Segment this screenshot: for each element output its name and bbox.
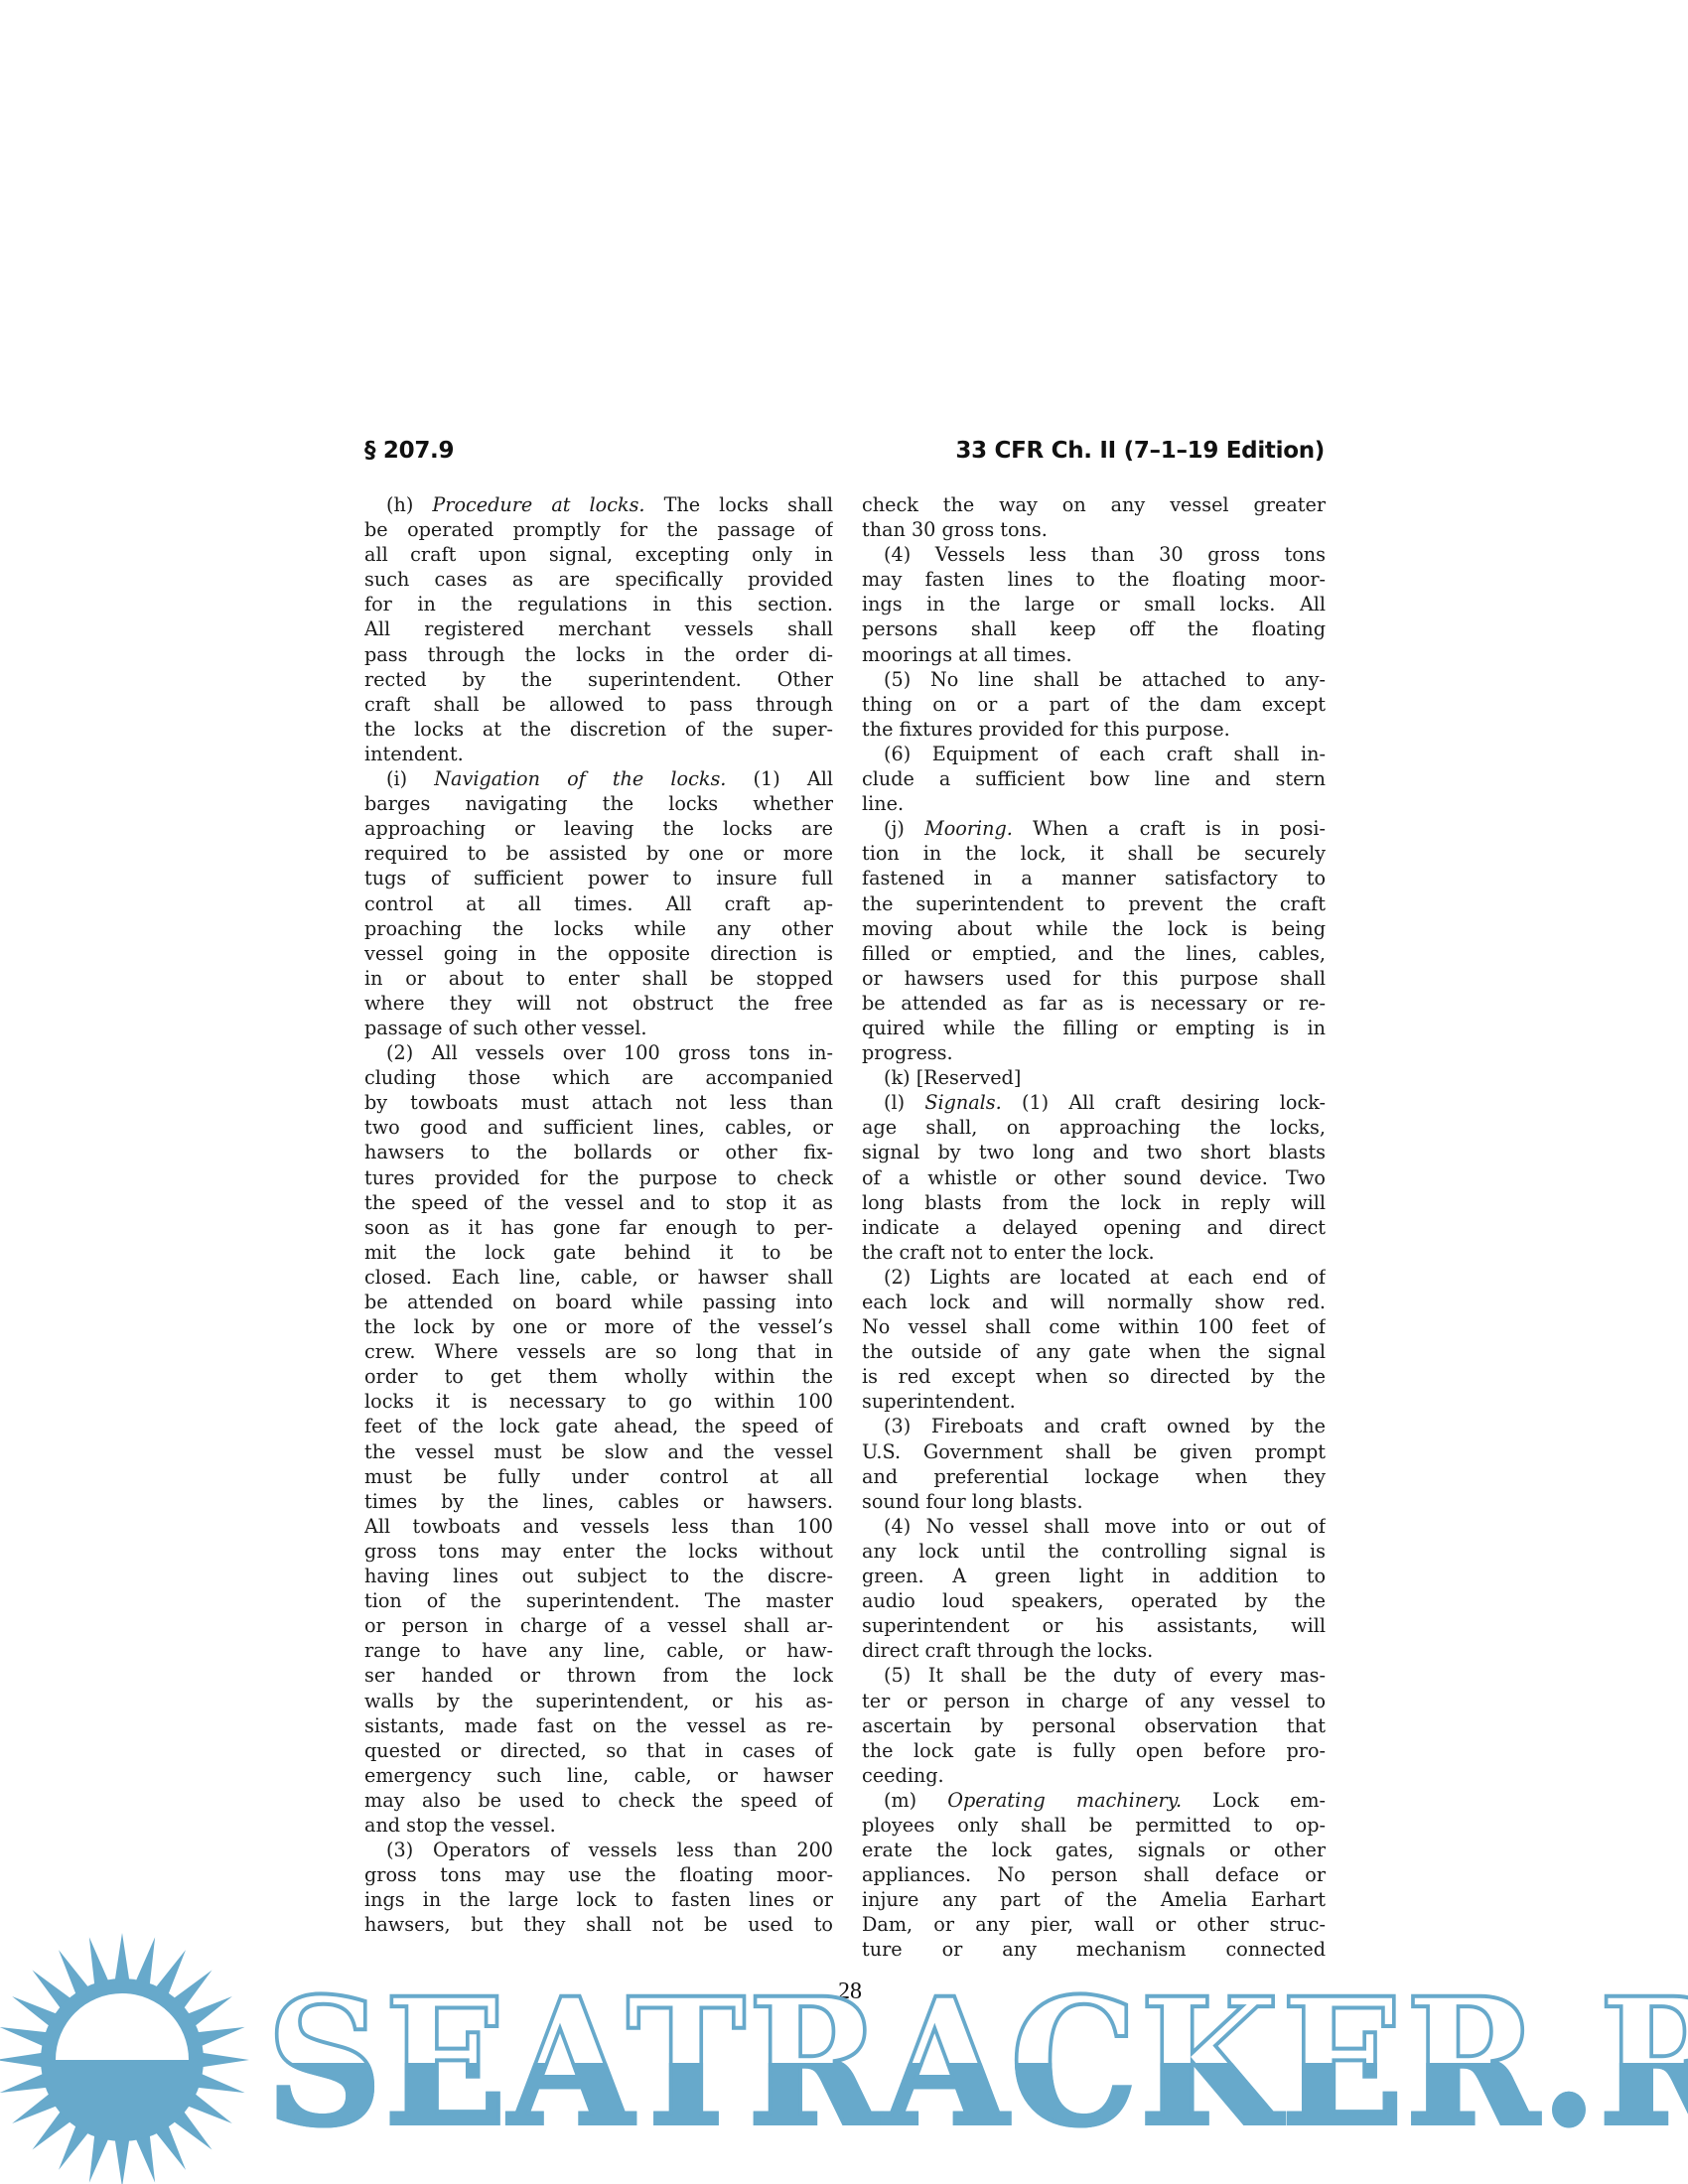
text-run: moorings at all times. xyxy=(862,643,1072,666)
text-line: ceeding. xyxy=(862,1763,1326,1788)
text-line: quested or directed, so that in cases of xyxy=(364,1738,833,1763)
text-line: signal by two long and two short blasts xyxy=(862,1140,1326,1164)
text-run: (h) xyxy=(386,493,432,516)
text-line: the superintendent to prevent the craft xyxy=(862,891,1326,916)
text-run: ascertain by personal observation that xyxy=(862,1714,1326,1737)
text-run: emergency such line, cable, or hawser xyxy=(364,1764,833,1787)
text-line: locks it is necessary to go within 100 xyxy=(364,1389,833,1414)
text-run: the vessel must be slow and the vessel xyxy=(364,1440,833,1463)
text-run: (1) All craft desiring lock- xyxy=(1002,1091,1326,1114)
text-line: times by the lines, cables or hawsers. xyxy=(364,1489,833,1514)
text-line: proaching the locks while any other xyxy=(364,916,833,941)
text-run: or hawsers used for this purpose shall xyxy=(862,967,1326,990)
text-line: quired while the filling or empting is i… xyxy=(862,1016,1326,1040)
text-line: moorings at all times. xyxy=(862,642,1326,667)
paragraph-heading: Operating machinery. xyxy=(947,1789,1182,1812)
text-line: ascertain by personal observation that xyxy=(862,1713,1326,1738)
text-line: All registered merchant vessels shall xyxy=(364,616,833,641)
text-run: quired while the filling or empting is i… xyxy=(862,1017,1326,1039)
text-run: tures provided for the purpose to check xyxy=(364,1166,833,1189)
text-line: fastened in a manner satisfactory to xyxy=(862,866,1326,890)
text-line: erate the lock gates, signals or other xyxy=(862,1838,1326,1862)
text-line: pass through the locks in the order di- xyxy=(364,642,833,667)
text-line: gross tons may enter the locks without xyxy=(364,1539,833,1564)
text-run: where they will not obstruct the free xyxy=(364,992,833,1015)
text-run: line. xyxy=(862,792,904,815)
text-run: having lines out subject to the discre- xyxy=(364,1565,833,1587)
text-run: long blasts from the lock in reply will xyxy=(862,1191,1326,1214)
paragraph-heading: Signals. xyxy=(924,1091,1001,1114)
text-line: progress. xyxy=(862,1040,1326,1065)
text-run: of a whistle or other sound device. Two xyxy=(862,1166,1326,1189)
text-run: mit the lock gate behind it to be xyxy=(364,1241,833,1264)
text-run: progress. xyxy=(862,1041,953,1064)
text-line: moving about while the lock is being xyxy=(862,916,1326,941)
text-run: (1) All xyxy=(726,767,833,790)
text-line: passage of such other vessel. xyxy=(364,1016,833,1040)
watermark-text: SEATRACKER.RU xyxy=(266,1988,1688,2137)
text-run: moving about while the lock is being xyxy=(862,917,1326,940)
text-line: the outside of any gate when the signal xyxy=(862,1339,1326,1364)
text-line: may fasten lines to the floating moor- xyxy=(862,567,1326,592)
text-line: appliances. No person shall deface or xyxy=(862,1862,1326,1887)
text-line: injure any part of the Amelia Earhart xyxy=(862,1887,1326,1912)
text-line: tugs of sufficient power to insure full xyxy=(364,866,833,890)
text-run: for in the regulations in this section. xyxy=(364,593,833,615)
text-run: soon as it has gone far enough to per- xyxy=(364,1216,833,1239)
text-line: closed. Each line, cable, or hawser shal… xyxy=(364,1265,833,1290)
text-line: green. A green light in addition to xyxy=(862,1564,1326,1588)
text-run: must be fully under control at all xyxy=(364,1465,833,1488)
text-run: two good and sufficient lines, cables, o… xyxy=(364,1116,833,1139)
text-line: craft shall be allowed to pass through xyxy=(364,692,833,717)
text-line: two good and sufficient lines, cables, o… xyxy=(364,1115,833,1140)
text-run: audio loud speakers, operated by the xyxy=(862,1589,1326,1612)
text-line: where they will not obstruct the free xyxy=(364,991,833,1016)
text-line: range to have any line, cable, or haw- xyxy=(364,1638,833,1663)
text-run: indicate a delayed opening and direct xyxy=(862,1216,1326,1239)
text-run: feet of the lock gate ahead, the speed o… xyxy=(364,1415,833,1437)
text-run: erate the lock gates, signals or other xyxy=(862,1839,1326,1861)
right-text-column: check the way on any vessel greaterthan … xyxy=(862,492,1326,1963)
text-run: be attended as far as is necessary or re… xyxy=(862,992,1326,1015)
text-line: (i) Navigation of the locks. (1) All xyxy=(364,766,833,791)
text-line: rected by the superintendent. Other xyxy=(364,667,833,692)
text-run: sistants, made fast on the vessel as re- xyxy=(364,1714,833,1737)
text-run: ser handed or thrown from the lock xyxy=(364,1664,833,1687)
text-line: (m) Operating machinery. Lock em- xyxy=(862,1788,1326,1813)
paragraph-heading: Mooring. xyxy=(924,817,1013,840)
text-run: (3) Operators of vessels less than 200 xyxy=(386,1839,833,1861)
text-run: craft shall be allowed to pass through xyxy=(364,693,833,716)
text-run: rected by the superintendent. Other xyxy=(364,668,833,691)
text-line: (4) Vessels less than 30 gross tons xyxy=(862,542,1326,567)
text-run: fastened in a manner satisfactory to xyxy=(862,867,1326,889)
text-run: passage of such other vessel. xyxy=(364,1017,646,1039)
text-line: No vessel shall come within 100 feet of xyxy=(862,1314,1326,1339)
text-run: order to get them wholly within the xyxy=(364,1365,833,1388)
text-line: the vessel must be slow and the vessel xyxy=(364,1439,833,1464)
text-line: is red except when so directed by the xyxy=(862,1364,1326,1389)
text-line: mit the lock gate behind it to be xyxy=(364,1240,833,1265)
text-line: crew. Where vessels are so long that in xyxy=(364,1339,833,1364)
text-line: the lock gate is fully open before pro- xyxy=(862,1738,1326,1763)
text-run: required to be assisted by one or more xyxy=(364,842,833,865)
text-line: barges navigating the locks whether xyxy=(364,791,833,816)
text-run: and stop the vessel. xyxy=(364,1814,556,1837)
text-line: be attended on board while passing into xyxy=(364,1290,833,1314)
text-run: ceeding. xyxy=(862,1764,944,1787)
text-line: or hawsers used for this purpose shall xyxy=(862,966,1326,991)
text-line: age shall, on approaching the locks, xyxy=(862,1115,1326,1140)
text-run: walls by the superintendent, or his as- xyxy=(364,1690,833,1712)
text-run: gross tons may enter the locks without xyxy=(364,1540,833,1563)
text-line: the locks at the discretion of the super… xyxy=(364,717,833,742)
text-run: proaching the locks while any other xyxy=(364,917,833,940)
text-run: crew. Where vessels are so long that in xyxy=(364,1340,833,1363)
text-run: the speed of the vessel and to stop it a… xyxy=(364,1191,833,1214)
text-run: All registered merchant vessels shall xyxy=(364,617,833,640)
text-run: ter or person in charge of any vessel to xyxy=(862,1690,1326,1712)
text-run: clude a sufficient bow line and stern xyxy=(862,767,1326,790)
text-run: persons shall keep off the floating xyxy=(862,617,1326,640)
text-run: by towboats must attach not less than xyxy=(364,1091,833,1114)
text-run: the fixtures provided for this purpose. xyxy=(862,718,1230,741)
text-line: (6) Equipment of each craft shall in- xyxy=(862,742,1326,766)
text-run: check the way on any vessel greater xyxy=(862,493,1326,516)
text-line: thing on or a part of the dam except xyxy=(862,692,1326,717)
text-line: All towboats and vessels less than 100 xyxy=(364,1514,833,1539)
left-text-column: (h) Procedure at locks. The locks shallb… xyxy=(364,492,833,1937)
text-line: and preferential lockage when they xyxy=(862,1464,1326,1489)
text-line: walls by the superintendent, or his as- xyxy=(364,1689,833,1713)
text-run: (4) No vessel shall move into or out of xyxy=(884,1515,1326,1538)
text-line: ser handed or thrown from the lock xyxy=(364,1663,833,1688)
text-run: ployees only shall be permitted to op- xyxy=(862,1814,1326,1837)
text-line: long blasts from the lock in reply will xyxy=(862,1190,1326,1215)
text-run: superintendent or his assistants, will xyxy=(862,1614,1326,1637)
text-line: each lock and will normally show red. xyxy=(862,1290,1326,1314)
text-line: order to get them wholly within the xyxy=(364,1364,833,1389)
text-line: tion of the superintendent. The master xyxy=(364,1588,833,1613)
text-run: and preferential lockage when they xyxy=(862,1465,1326,1488)
text-line: direct craft through the locks. xyxy=(862,1638,1326,1663)
text-line: superintendent. xyxy=(862,1389,1326,1414)
text-run: sound four long blasts. xyxy=(862,1490,1083,1513)
text-run: quested or directed, so that in cases of xyxy=(364,1739,833,1762)
text-run: each lock and will normally show red. xyxy=(862,1291,1326,1313)
text-run: all craft upon signal, excepting only in xyxy=(364,543,833,566)
text-run: be operated promptly for the passage of xyxy=(364,518,833,541)
text-line: the lock by one or more of the vessel’s xyxy=(364,1314,833,1339)
text-run: The locks shall xyxy=(645,493,833,516)
text-line: the fixtures provided for this purpose. xyxy=(862,717,1326,742)
text-line: (4) No vessel shall move into or out of xyxy=(862,1514,1326,1539)
text-run: ings in the large or small locks. All xyxy=(862,593,1326,615)
text-run: range to have any line, cable, or haw- xyxy=(364,1639,833,1662)
text-run: When a craft is in posi- xyxy=(1013,817,1326,840)
text-run: pass through the locks in the order di- xyxy=(364,643,833,666)
text-run: closed. Each line, cable, or hawser shal… xyxy=(364,1266,833,1289)
text-line: the craft not to enter the lock. xyxy=(862,1240,1326,1265)
text-line: of a whistle or other sound device. Two xyxy=(862,1165,1326,1190)
text-run: (l) xyxy=(884,1091,924,1114)
text-line: (5) No line shall be attached to any- xyxy=(862,667,1326,692)
paragraph-heading: Navigation of the locks. xyxy=(434,767,726,790)
text-line: tures provided for the purpose to check xyxy=(364,1165,833,1190)
text-run: U.S. Government shall be given prompt xyxy=(862,1440,1326,1463)
text-line: must be fully under control at all xyxy=(364,1464,833,1489)
text-run: times by the lines, cables or hawsers. xyxy=(364,1490,833,1513)
text-run: Lock em- xyxy=(1182,1789,1326,1812)
text-line: such cases as are specifically provided xyxy=(364,567,833,592)
text-run: or person in charge of a vessel shall ar… xyxy=(364,1614,833,1637)
text-line: having lines out subject to the discre- xyxy=(364,1564,833,1588)
text-run: All towboats and vessels less than 100 xyxy=(364,1515,833,1538)
text-run: (k) [Reserved] xyxy=(884,1066,1021,1089)
text-line: or person in charge of a vessel shall ar… xyxy=(364,1613,833,1638)
text-line: indicate a delayed opening and direct xyxy=(862,1215,1326,1240)
text-run: in or about to enter shall be stopped xyxy=(364,967,833,990)
cfr-edition-title: 33 CFR Ch. II (7–1–19 Edition) xyxy=(955,438,1325,464)
text-line: vessel going in the opposite direction i… xyxy=(364,941,833,966)
text-run: the lock by one or more of the vessel’s xyxy=(364,1315,833,1338)
text-run: injure any part of the Amelia Earhart xyxy=(862,1888,1326,1911)
text-run: (3) Fireboats and craft owned by the xyxy=(884,1415,1326,1437)
text-line: line. xyxy=(862,791,1326,816)
text-line: (3) Fireboats and craft owned by the xyxy=(862,1414,1326,1438)
text-run: the craft not to enter the lock. xyxy=(862,1241,1155,1264)
text-run: No vessel shall come within 100 feet of xyxy=(862,1315,1326,1338)
text-run: the superintendent to prevent the craft xyxy=(862,892,1326,915)
text-run: (j) xyxy=(884,817,924,840)
text-run: (5) It shall be the duty of every mas- xyxy=(884,1664,1326,1687)
text-line: any lock until the controlling signal is xyxy=(862,1539,1326,1564)
text-run: (6) Equipment of each craft shall in- xyxy=(884,743,1326,765)
text-run: be attended on board while passing into xyxy=(364,1291,833,1313)
text-line: than 30 gross tons. xyxy=(862,517,1326,542)
text-line: U.S. Government shall be given prompt xyxy=(862,1439,1326,1464)
text-line: sistants, made fast on the vessel as re- xyxy=(364,1713,833,1738)
text-line: (l) Signals. (1) All craft desiring lock… xyxy=(862,1090,1326,1115)
text-line: may also be used to check the speed of xyxy=(364,1788,833,1813)
text-line: required to be assisted by one or more xyxy=(364,841,833,866)
text-run: appliances. No person shall deface or xyxy=(862,1863,1326,1886)
text-line: in or about to enter shall be stopped xyxy=(364,966,833,991)
text-run: vessel going in the opposite direction i… xyxy=(364,942,833,965)
text-line: tion in the lock, it shall be securely xyxy=(862,841,1326,866)
text-line: superintendent or his assistants, will xyxy=(862,1613,1326,1638)
text-run: hawsers to the bollards or other fix- xyxy=(364,1141,833,1163)
text-run: tion of the superintendent. The master xyxy=(364,1589,833,1612)
text-line: (2) Lights are located at each end of xyxy=(862,1265,1326,1290)
text-run: the lock gate is fully open before pro- xyxy=(862,1739,1326,1762)
text-line: gross tons may use the floating moor- xyxy=(364,1862,833,1887)
text-line: and stop the vessel. xyxy=(364,1813,833,1838)
text-line: be operated promptly for the passage of xyxy=(364,517,833,542)
text-line: audio loud speakers, operated by the xyxy=(862,1588,1326,1613)
text-run: the outside of any gate when the signal xyxy=(862,1340,1326,1363)
text-line: control at all times. All craft ap- xyxy=(364,891,833,916)
text-run: than 30 gross tons. xyxy=(862,518,1048,541)
text-line: soon as it has gone far enough to per- xyxy=(364,1215,833,1240)
text-run: (5) No line shall be attached to any- xyxy=(884,668,1326,691)
running-header: § 207.9 33 CFR Ch. II (7–1–19 Edition) xyxy=(364,435,1325,467)
text-run: any lock until the controlling signal is xyxy=(862,1540,1326,1563)
sun-logo-icon xyxy=(0,1926,252,2184)
text-line: emergency such line, cable, or hawser xyxy=(364,1763,833,1788)
text-run: locks it is necessary to go within 100 xyxy=(364,1390,833,1413)
text-line: (k) [Reserved] xyxy=(862,1065,1326,1090)
text-run: gross tons may use the floating moor- xyxy=(364,1863,833,1886)
text-line: (h) Procedure at locks. The locks shall xyxy=(364,492,833,517)
text-line: hawsers to the bollards or other fix- xyxy=(364,1140,833,1164)
text-line: (j) Mooring. When a craft is in posi- xyxy=(862,816,1326,841)
text-line: feet of the lock gate ahead, the speed o… xyxy=(364,1414,833,1438)
text-run: (i) xyxy=(386,767,434,790)
text-run: filled or emptied, and the lines, cables… xyxy=(862,942,1326,965)
text-line: ployees only shall be permitted to op- xyxy=(862,1813,1326,1838)
text-run: superintendent. xyxy=(862,1390,1016,1413)
text-line: ings in the large or small locks. All xyxy=(862,592,1326,616)
text-run: (2) Lights are located at each end of xyxy=(884,1266,1326,1289)
text-run: may also be used to check the speed of xyxy=(364,1789,833,1812)
text-line: ings in the large lock to fasten lines o… xyxy=(364,1887,833,1912)
text-line: ter or person in charge of any vessel to xyxy=(862,1689,1326,1713)
text-run: direct craft through the locks. xyxy=(862,1639,1153,1662)
text-run: tion in the lock, it shall be securely xyxy=(862,842,1326,865)
text-line: (5) It shall be the duty of every mas- xyxy=(862,1663,1326,1688)
text-run: control at all times. All craft ap- xyxy=(364,892,833,915)
text-line: approaching or leaving the locks are xyxy=(364,816,833,841)
text-run: (4) Vessels less than 30 gross tons xyxy=(884,543,1326,566)
text-run: tugs of sufficient power to insure full xyxy=(364,867,833,889)
text-run: cluding those which are accompanied xyxy=(364,1066,833,1089)
text-line: check the way on any vessel greater xyxy=(862,492,1326,517)
text-run: green. A green light in addition to xyxy=(862,1565,1326,1587)
text-run: approaching or leaving the locks are xyxy=(364,817,833,840)
text-line: cluding those which are accompanied xyxy=(364,1065,833,1090)
text-run: ings in the large lock to fasten lines o… xyxy=(364,1888,833,1911)
text-line: persons shall keep off the floating xyxy=(862,616,1326,641)
text-line: sound four long blasts. xyxy=(862,1489,1326,1514)
text-run: (2) All vessels over 100 gross tons in- xyxy=(386,1041,833,1064)
text-run: is red except when so directed by the xyxy=(862,1365,1326,1388)
text-line: all craft upon signal, excepting only in xyxy=(364,542,833,567)
text-run: intendent. xyxy=(364,743,464,765)
text-run: such cases as are specifically provided xyxy=(364,568,833,591)
text-line: filled or emptied, and the lines, cables… xyxy=(862,941,1326,966)
section-number: § 207.9 xyxy=(364,438,454,464)
text-line: be attended as far as is necessary or re… xyxy=(862,991,1326,1016)
text-run: thing on or a part of the dam except xyxy=(862,693,1326,716)
text-run: the locks at the discretion of the super… xyxy=(364,718,833,741)
paragraph-heading: Procedure at locks. xyxy=(432,493,644,516)
text-line: for in the regulations in this section. xyxy=(364,592,833,616)
text-run: may fasten lines to the floating moor- xyxy=(862,568,1326,591)
text-line: clude a sufficient bow line and stern xyxy=(862,766,1326,791)
text-run: signal by two long and two short blasts xyxy=(862,1141,1326,1163)
text-line: intendent. xyxy=(364,742,833,766)
text-line: the speed of the vessel and to stop it a… xyxy=(364,1190,833,1215)
text-line: by towboats must attach not less than xyxy=(364,1090,833,1115)
text-line: (2) All vessels over 100 gross tons in- xyxy=(364,1040,833,1065)
text-run: age shall, on approaching the locks, xyxy=(862,1116,1326,1139)
text-run: (m) xyxy=(884,1789,947,1812)
text-run: barges navigating the locks whether xyxy=(364,792,833,815)
text-line: (3) Operators of vessels less than 200 xyxy=(364,1838,833,1862)
